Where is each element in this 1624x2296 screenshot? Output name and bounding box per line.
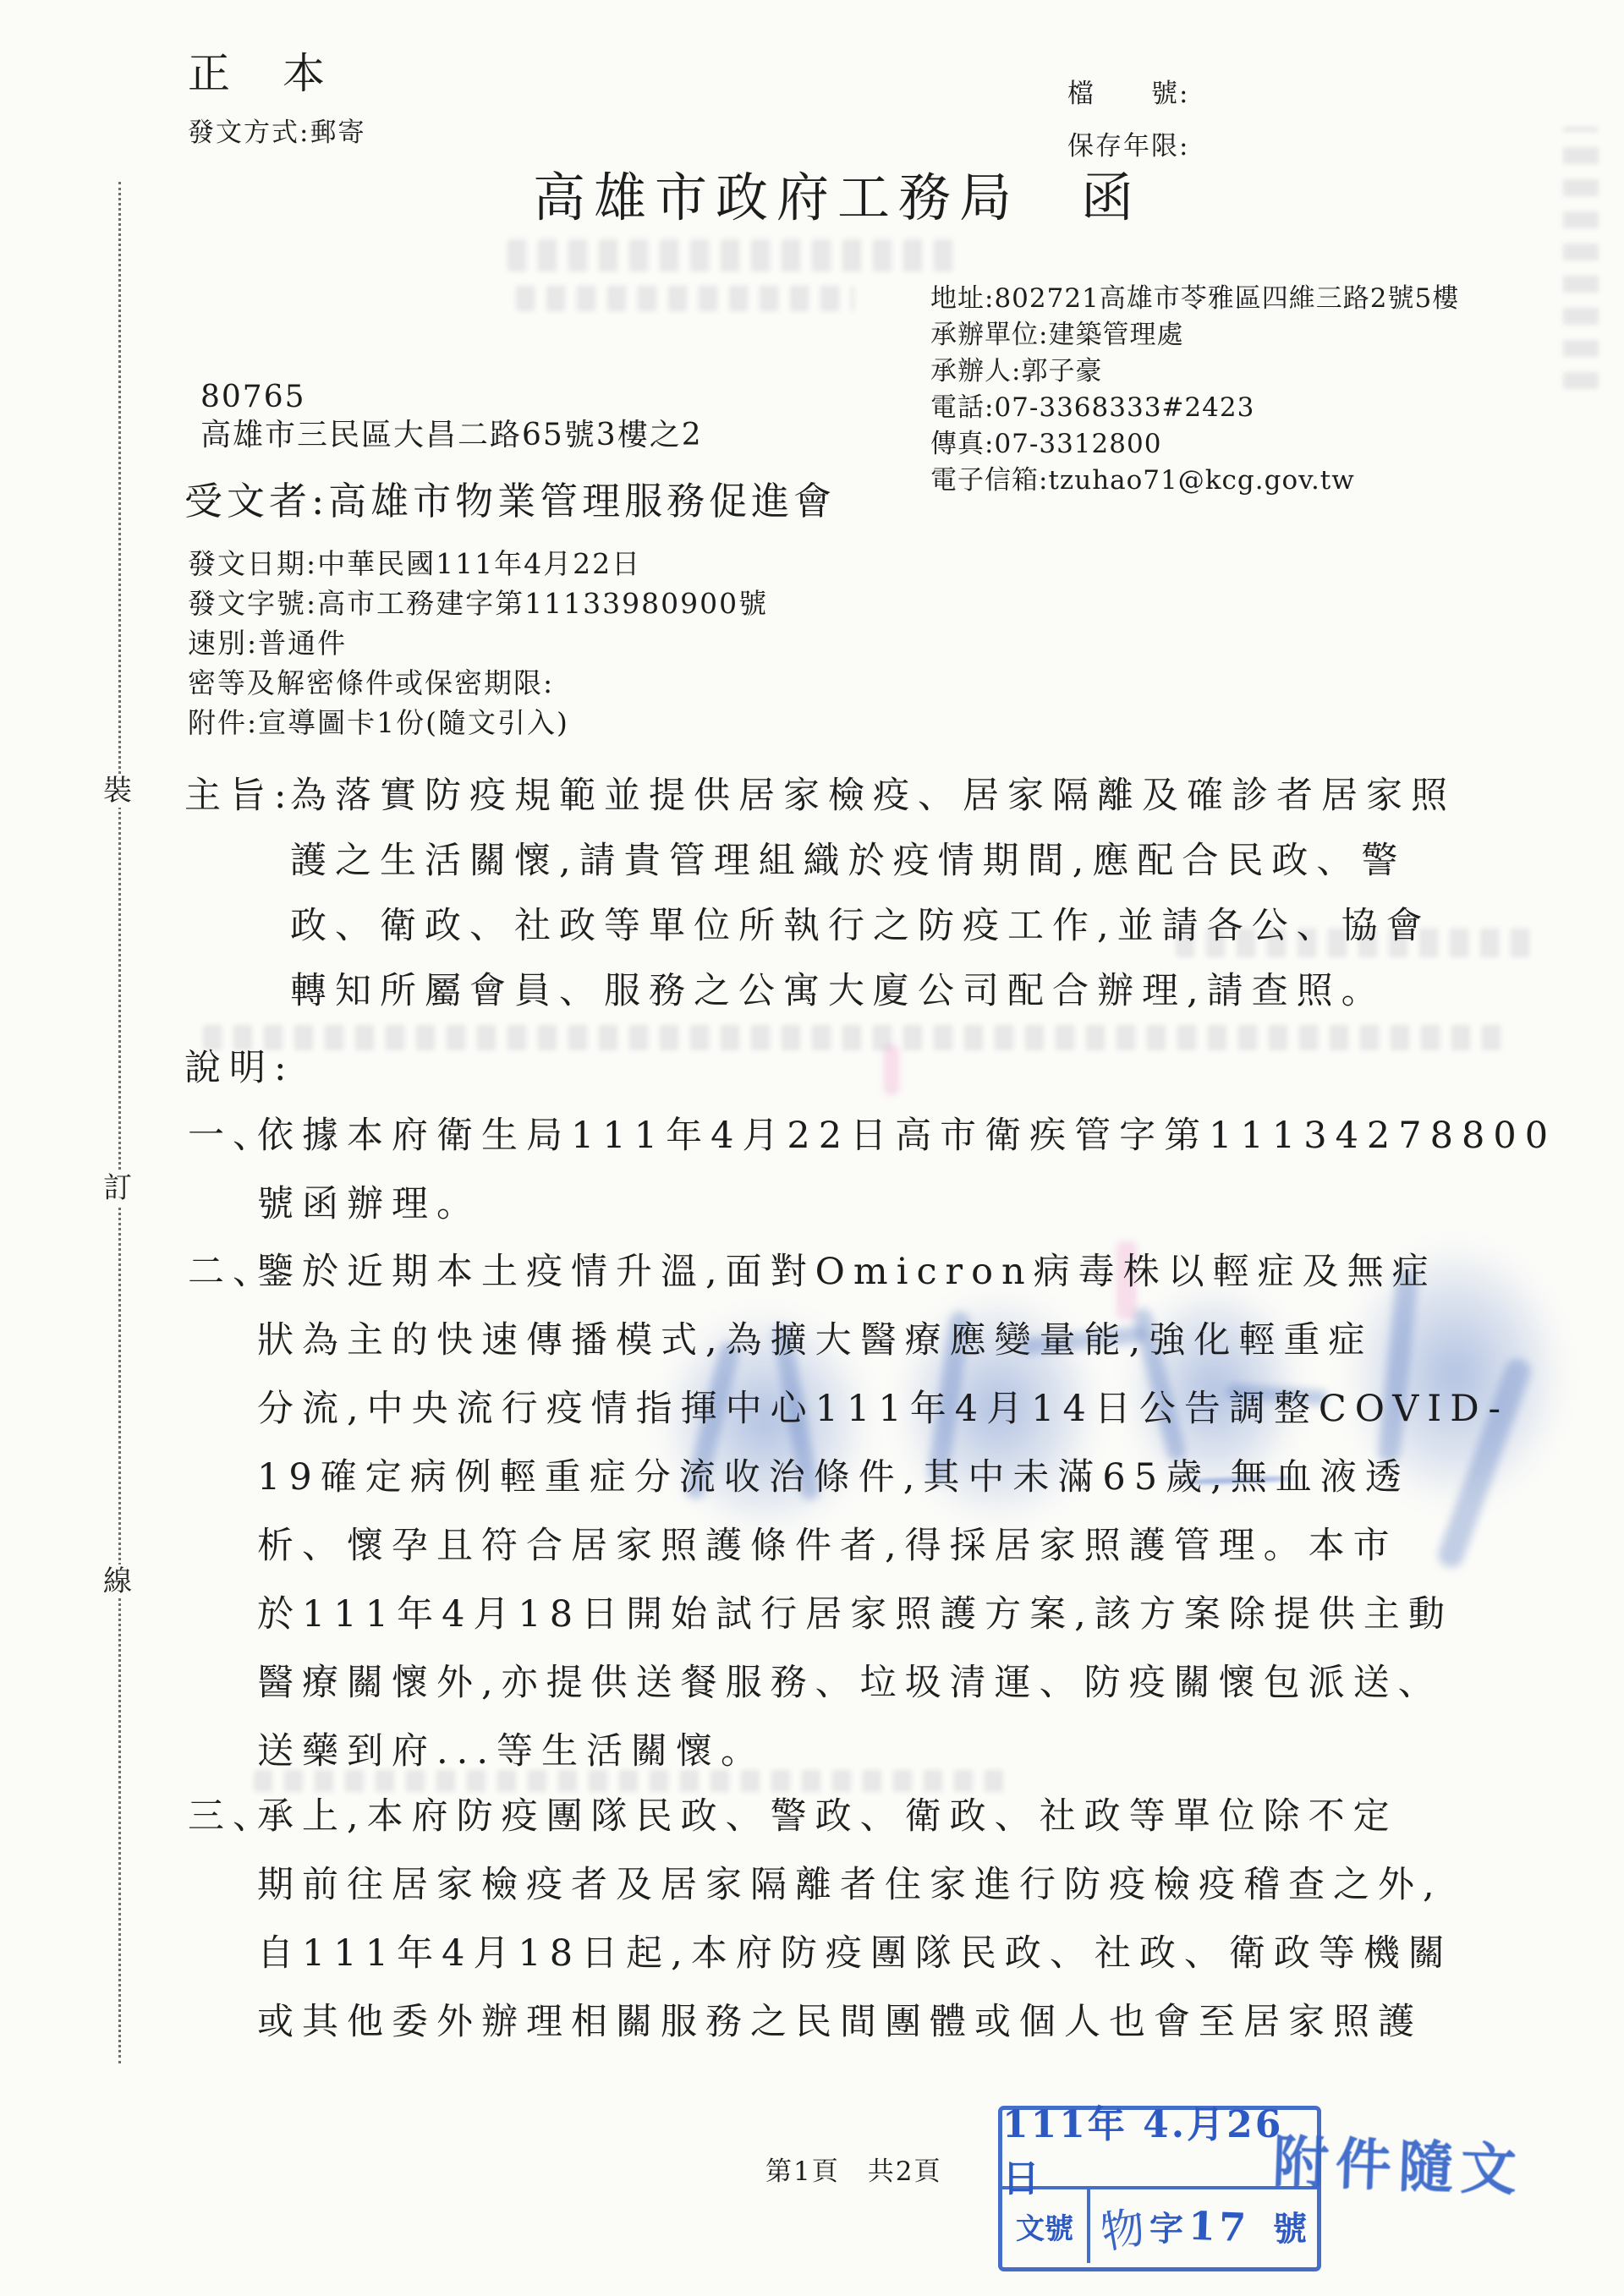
agency-email: 電子信箱:tzuhao71@kcg.gov.tw (930, 468, 1355, 494)
item-line: 鑒於近期本土疫情升溫,面對Omicron病毒株以輕症及無症 (257, 1254, 1437, 1290)
stamp-handwritten-number: 17 (1188, 2202, 1250, 2249)
stamp-handwritten-char: 物 (1095, 2191, 1149, 2261)
copy-type-label: 正 本 (188, 52, 330, 95)
scanned-official-letter-page: 裝 訂 線 正 本 發文方式:郵寄 檔 號: 保存年限: 高雄市政府工務局 函 … (0, 0, 1624, 2296)
recipient-zip: 80765 (200, 382, 306, 413)
binding-char-zhuang: 裝 (103, 774, 132, 808)
stamp-doc-no-label: 文號 (1002, 2189, 1090, 2263)
delivery-method: 發文方式:郵寄 (188, 120, 365, 146)
item-line: 號函辦理。 (257, 1186, 481, 1223)
speed-class: 速別:普通件 (188, 629, 347, 657)
agency-contact-person: 承辦人:郭子豪 (930, 359, 1102, 385)
subject-label: 主旨: (184, 778, 295, 814)
issue-date: 發文日期:中華民國111年4月22日 (188, 550, 641, 578)
recipient-street-address: 高雄市三民區大昌二路65號3樓之2 (200, 420, 703, 451)
item-line: 分流,中央流行疫情指揮中心111年4月14日公告調整COVID- (257, 1391, 1509, 1427)
stamp-doc-no-value: 物 字 17 號 (1090, 2189, 1317, 2263)
attachment-follows-stamp: 附件隨文 (1271, 2117, 1524, 2206)
stamp-doc-no-suffix: 號 (1273, 2202, 1307, 2250)
item-line: 期前往居家檢疫者及居家隔離者住家進行防疫檢疫稽查之外, (257, 1867, 1443, 1904)
agency-address: 地址:802721高雄市苓雅區四維三路2號5樓 (930, 286, 1459, 312)
item-line: 狀為主的快速傳播模式,為擴大醫療應變量能,強化輕重症 (257, 1323, 1373, 1359)
subject-line: 為落實防疫規範並提供居家檢疫、居家隔離及確診者居家照 (290, 778, 1456, 814)
item-line: 醫療關懷外,亦提供送餐服務、垃圾清運、防疫關懷包派送、 (257, 1665, 1443, 1701)
pink-smudge (884, 1044, 899, 1095)
item-line: 送藥到府...等生活關懷。 (257, 1734, 765, 1770)
file-number-label: 檔 號: (1067, 81, 1189, 107)
security-class: 密等及解密條件或保密期限: (188, 669, 554, 697)
binding-dotted-line (118, 182, 121, 2063)
subject-line: 轉知所屬會員、服務之公寓大廈公司配合辦理,請查照。 (290, 973, 1386, 1010)
item-line: 19確定病例輕重症分流收治條件,其中未滿65歲,無血液透 (257, 1460, 1410, 1496)
stamp-doc-no-mid: 字 (1149, 2202, 1183, 2250)
retention-period-label: 保存年限: (1067, 134, 1189, 160)
subject-line: 護之生活關懷,請貴管理組織於疫情期間,應配合民政、警 (290, 843, 1406, 879)
bleed-through-ghost (516, 286, 854, 311)
stamp-date: 111年 4.月26日 (1002, 2110, 1317, 2189)
issue-number: 發文字號:高市工務建字第11133980900號 (188, 589, 768, 617)
binding-char-xian: 線 (103, 1564, 132, 1598)
attachment-note: 附件:宣導圖卡1份(隨文引入) (188, 709, 569, 737)
page-title: 高雄市政府工務局 函 (533, 172, 1142, 224)
agency-unit: 承辦單位:建築管理處 (930, 322, 1183, 348)
item-line: 依據本府衛生局111年4月22日高市衛疾管字第11134278800 (257, 1118, 1556, 1154)
bleed-through-ghost (1563, 127, 1599, 389)
item-line: 於111年4月18日開始試行居家照護方案,該方案除提供主動 (257, 1597, 1453, 1633)
item-line: 承上,本府防疫團隊民政、警政、衛政、社政等單位除不定 (257, 1799, 1398, 1835)
explanation-label: 說明: (184, 1050, 295, 1087)
item-line: 或其他委外辦理相關服務之民間團體或個人也會至居家照護 (257, 2004, 1423, 2041)
agency-fax: 傳真:07-3312800 (930, 431, 1161, 458)
bleed-through-ghost (254, 1770, 1015, 1792)
item-line: 析、懷孕且符合居家照護條件者,得採居家照護管理。本市 (257, 1528, 1398, 1564)
subject-line: 政、衛政、社政等單位所執行之防疫工作,並請各公、協會 (290, 908, 1431, 945)
page-number: 第1頁 共2頁 (765, 2159, 941, 2185)
recipient-line: 受文者:高雄市物業管理服務促進會 (184, 482, 836, 520)
bleed-through-ghost (507, 239, 964, 271)
binding-char-ding: 訂 (103, 1171, 132, 1205)
agency-phone: 電話:07-3368333#2423 (930, 395, 1254, 421)
bleed-through-ghost (203, 1025, 1506, 1050)
item-line: 自111年4月18日起,本府防疫團隊民政、社政、衛政等機關 (257, 1936, 1453, 1972)
